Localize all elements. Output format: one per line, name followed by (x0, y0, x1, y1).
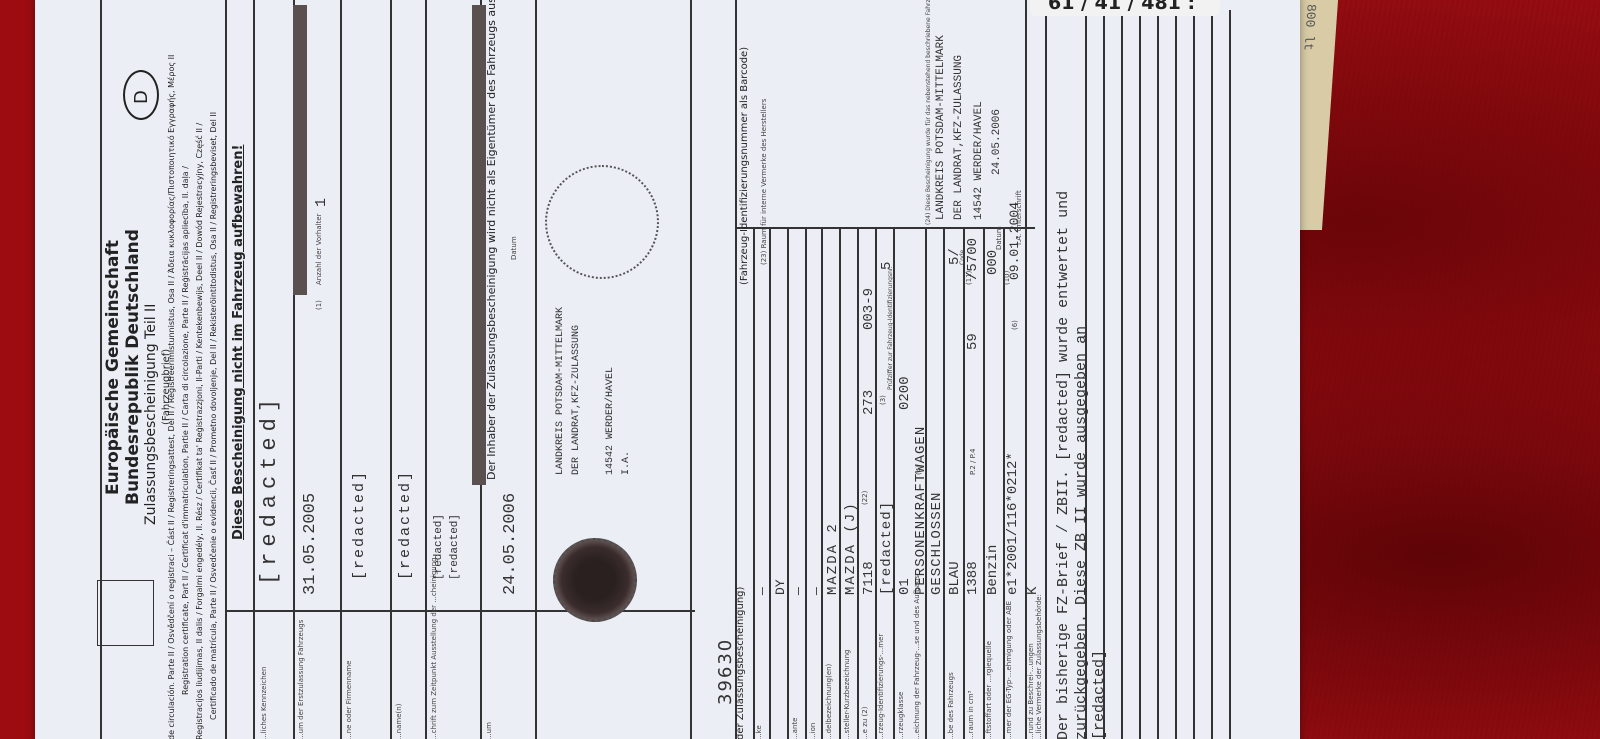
version-value: — (791, 587, 806, 595)
shaded-bar (293, 5, 307, 295)
date-label: Datum (510, 236, 518, 260)
surname-value: [redacted] (351, 470, 368, 580)
fabric-left-edge (0, 0, 40, 739)
prev-holders-code: (1) (315, 300, 323, 310)
code-2-1-value: 7118 (861, 561, 877, 595)
eu-flag-icon (97, 580, 154, 646)
plate-value: [redacted] (257, 393, 282, 585)
country-code-badge: D (123, 70, 159, 120)
address-line-2: [redacted] (449, 514, 461, 580)
row-divider (943, 227, 945, 739)
manufacturer-value: MAZDA (J) (843, 501, 859, 595)
prev-holders-value: 1 (313, 198, 330, 207)
label-date: ...um (485, 722, 493, 739)
code-2-2-value: 273 (861, 390, 877, 415)
label-version: ...ion (809, 723, 817, 739)
code-6-label: (6) (1011, 320, 1019, 330)
stamp-signature-label: I.A. Unterschrift (1015, 190, 1023, 245)
remarks-label: ...liche Vermerke der Zulassungsbehörde: (1035, 594, 1043, 739)
remarks-divider (1045, 0, 1047, 739)
paper-tag: 61 / 41 / 481 : (1030, 0, 1220, 16)
code-2-3-value: 003-9 (861, 288, 877, 330)
code-22-label: (22) (861, 491, 869, 505)
authority-line-3: 14542 WERDER/HAVEL (605, 367, 616, 475)
label-column-divider (225, 610, 695, 612)
label-approval: ...mer der EG-Typ-...ehmigung oder ABE (1005, 601, 1013, 739)
variant-value: DY (773, 579, 788, 595)
type-code-value: 0200 (897, 376, 913, 410)
row-divider (390, 0, 392, 739)
label-manufacturer: ...steller-Kurzbezeichnung (843, 650, 851, 739)
tan-sheet-text: 800 lt (1300, 4, 1318, 51)
remarks-line (1229, 10, 1231, 739)
label-plate: ...liches Kennzeichen (260, 667, 268, 739)
label-make: ...ke (755, 725, 763, 739)
seal-placeholder-circle (545, 165, 659, 279)
row-divider (753, 227, 755, 739)
class-text-value: PERSONENKRAFTWAGEN (913, 426, 929, 595)
make-code-value: — (755, 587, 770, 595)
prev-holders-label: Anzahl der Vorhalter (315, 213, 323, 285)
label-color: ...be des Fahrzeugs (947, 672, 955, 739)
zb-caption: der Zulassungsbescheinigung) (735, 587, 746, 739)
version2-value: — (809, 587, 824, 595)
given-names-value: [redacted] (397, 470, 414, 580)
row-divider (821, 227, 823, 739)
header-divider (225, 0, 227, 739)
owner-notice: Der Inhaber der Zulassungsbescheinigung … (485, 0, 498, 480)
row-divider (340, 0, 342, 739)
remarks-line (1175, 10, 1177, 739)
warning-text: Diese Bescheinigung nicht im Fahrzeug au… (231, 145, 246, 540)
header-eu: Europäische Gemeinschaft (103, 240, 123, 495)
remarks-line-3: [redacted] (1091, 650, 1108, 739)
color-value: BLAU (947, 561, 963, 595)
label-fuel: ...ftstoffart oder ...rgiequelle (985, 641, 993, 739)
label-first-registration: ...um der Erstzulassung Fahrzeugs (297, 620, 305, 739)
power-rpm-value: /5700 (965, 238, 981, 280)
power-kw-value: 59 (965, 333, 981, 350)
header-country: Bundesrepublik Deutschland (123, 229, 143, 505)
check-digit-value: 5 (879, 262, 895, 270)
remarks-line (1121, 10, 1123, 739)
stamp-line-2: DER LANDRAT,KFZ-ZULASSUNG (953, 55, 965, 220)
header-title: Zulassungsbescheinigung Teil II (143, 304, 159, 525)
internal-notes-label: (23) Raum für interne Vermerke des Herst… (760, 99, 768, 265)
row-divider (839, 227, 841, 739)
stamp-date: 24.05.2006 (991, 109, 1003, 175)
fuel-code-value: 000 (985, 250, 1001, 275)
official-seal (553, 538, 637, 622)
label-code: ...e zu (2) (861, 707, 869, 739)
label-body: ...eichnung der Fahrzeug-...se und des A… (913, 575, 921, 739)
multilang-line: de circulación. Parte II / Osvědčení o r… (167, 55, 176, 739)
warning-divider (253, 0, 255, 739)
remarks-line (1103, 10, 1105, 739)
multilang-line: Registration certificate, Part II / Cert… (181, 166, 190, 695)
row-divider (425, 0, 427, 739)
remarks-line (1193, 10, 1195, 739)
fuel-value: Benzin (985, 545, 1001, 595)
power-label: P.2 / P.4 (969, 449, 977, 475)
label-surname: ...ne oder Firmenname (345, 661, 353, 739)
document-number: 39630 (715, 638, 736, 705)
row-divider (769, 227, 771, 739)
remarks-line-1: Der bisherige FZ-Brief / ZBII. [redacted… (1055, 191, 1072, 739)
ec-approval-value: e1*2001/116*0212* (1005, 452, 1021, 595)
vehicle-column-divider (735, 227, 1035, 229)
class-code-value: 01 (897, 578, 913, 595)
barcode-caption: (Fahrzeug-Identifizierungsnummer als Bar… (739, 47, 750, 285)
check-digit-label: Prüfziffer zur Fahrzeug-Identifizierungs… (887, 266, 894, 390)
row-divider (1025, 0, 1027, 739)
remarks-line (1211, 10, 1213, 739)
label-class: ...rzeugklasse (897, 692, 905, 739)
displacement-value: 1388 (965, 561, 981, 595)
label-given-names: ...name(n) (395, 704, 403, 739)
remarks-line-2: zurückgegeben. Diese ZB II wurde ausgege… (1073, 326, 1090, 739)
stamp-line-3: 14542 WERDER/HAVEL (973, 101, 985, 220)
row-divider (963, 227, 965, 739)
first-registration-value: 31.05.2005 (301, 493, 320, 595)
row-divider (787, 227, 789, 739)
row-divider (535, 0, 537, 739)
body-value: GESCHLOSSEN (929, 492, 945, 595)
row-divider (857, 227, 859, 739)
stamp-datum-label: Datum (995, 226, 1003, 250)
label-variant: ...ante (791, 718, 799, 739)
remarks-line (1157, 10, 1159, 739)
country-code: D (131, 90, 152, 104)
multilang-line: Certificado de matrícula, Parte II / Osv… (209, 112, 218, 720)
authority-line-1: LANDKREIS POTSDAM-MITTELMARK (555, 307, 566, 475)
label-remarks: ...rund zu Beschrei-...ungen (1027, 643, 1035, 739)
tag-text: 61 / 41 / 481 : (1048, 0, 1195, 14)
row-divider (805, 227, 807, 739)
registration-document: D Europäische Gemeinschaft Bundesrepubli… (35, 0, 1300, 739)
stamp-line-1: LANDKREIS POTSDAM-MITTELMARK (935, 35, 947, 220)
label-vin: ...rzeug-Identifizierungs-...mer (877, 634, 885, 739)
authority-line-4: I.A. (621, 451, 632, 475)
remarks-line (1139, 10, 1141, 739)
label-displacement: ...raum in cm³ (967, 691, 975, 739)
shaded-bar (472, 5, 486, 485)
label-model: ...delbezeichnung(en) (825, 664, 833, 739)
address-line-1: [redacted] (433, 514, 445, 580)
stamp-caption: (24) Diese Bescheinigung wurde für das n… (925, 0, 932, 225)
authority-line-2: DER LANDRAT,KFZ-ZULASSUNG (571, 325, 582, 475)
issue-date-value: 24.05.2006 (501, 493, 520, 595)
code-3-label: (3) (879, 395, 887, 405)
model-value: MAZDA 2 (825, 522, 841, 595)
vin-value: [redacted] (879, 501, 895, 595)
section-divider (690, 0, 692, 739)
label-address: ...chrift zum Zeitpunkt Ausstellung der … (430, 557, 438, 739)
multilang-line: Registracijos liudijimas, II dalis / For… (195, 123, 204, 739)
